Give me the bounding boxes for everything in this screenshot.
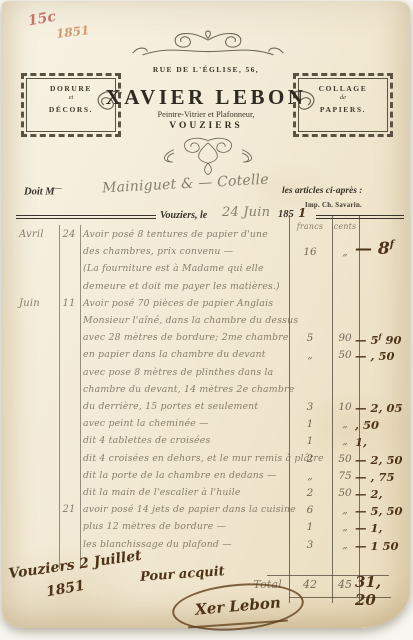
entry-description: les blanchissage du plafond — bbox=[83, 539, 232, 550]
entry-ink-amount: , 50 bbox=[355, 418, 379, 432]
total-ink-amount: 31, 20 bbox=[355, 573, 400, 609]
entry-description: plus 12 mètres de bordure — bbox=[83, 521, 226, 532]
entry-cents: 50 bbox=[333, 487, 357, 499]
business-name: XAVIER LEBON bbox=[2, 85, 410, 110]
entry-ink-amount: — 1 50 bbox=[355, 539, 399, 553]
entry-francs: 16 bbox=[291, 246, 329, 258]
entry-francs: „ bbox=[291, 470, 329, 482]
entry-month: Avril bbox=[19, 229, 44, 240]
dateline-handwritten-day: 24 Juin bbox=[222, 205, 270, 220]
entry-month: Juin bbox=[19, 298, 40, 309]
dateline-rule-left bbox=[16, 215, 156, 219]
table-row: des chambres, prix convenu —16„— 8f bbox=[17, 246, 400, 263]
entry-francs: 1 bbox=[291, 521, 329, 533]
entry-cents: „ bbox=[333, 521, 357, 533]
dateline-city: Vouziers, le bbox=[160, 210, 207, 221]
entry-francs: 2 bbox=[291, 487, 329, 499]
top-flourish-ornament bbox=[120, 27, 296, 63]
entry-cents: „ bbox=[333, 435, 357, 447]
entry-description: Avoir posé 70 pièces de papier Anglais bbox=[83, 298, 273, 309]
entry-francs: 1 bbox=[291, 435, 329, 447]
table-row: Avril24Avoir posé 8 tentures de papier d… bbox=[17, 229, 400, 246]
entry-cents: 10 bbox=[333, 401, 357, 413]
total-rule-below bbox=[289, 597, 391, 598]
table-row: dit 4 croisées en dehors, et le mur remi… bbox=[17, 453, 400, 470]
entry-ink-amount: — 1, bbox=[355, 521, 383, 535]
entry-ink-amount: — , 75 bbox=[355, 470, 395, 484]
table-row: demeure et doit me payer les matières.) bbox=[17, 281, 400, 298]
table-row: chambre du devant, 14 mètres 2e chambre bbox=[17, 384, 400, 401]
entry-description: des chambres, prix convenu — bbox=[83, 246, 233, 257]
entry-description: en papier dans la chambre du devant bbox=[83, 349, 266, 360]
entry-francs: „ bbox=[291, 349, 329, 361]
entry-ink-amount: — 5, 50 bbox=[355, 504, 403, 518]
entry-description: avec peint la cheminée — bbox=[83, 418, 209, 429]
entry-francs: 3 bbox=[291, 539, 329, 551]
dateline-rule-right bbox=[316, 215, 404, 219]
total-cents: 45 bbox=[333, 578, 357, 591]
entry-description: avec 28 mètres de bordure; 2me chambre bbox=[83, 332, 289, 343]
pencil-year-note: 1851 bbox=[55, 23, 90, 41]
table-row: avec pose 8 mètres de plinthes dans la bbox=[17, 367, 400, 384]
printer-credit: Imp. Ch. Savarin. bbox=[305, 202, 362, 209]
client-name-handwritten: Mainiguet & — Cotelle bbox=[102, 172, 269, 197]
entry-ink-amount: — 5f 90 bbox=[355, 332, 402, 347]
articles-label: les articles ci-après : bbox=[282, 186, 362, 196]
entry-ink-amount: — , 50 bbox=[355, 349, 395, 363]
table-row: dit la porte de la chambre en dedans —„7… bbox=[17, 470, 400, 487]
entry-cents: 50 bbox=[333, 349, 357, 361]
table-row: (La fourniture est à Madame qui elle bbox=[17, 263, 400, 280]
entry-ink-amount: — 2, 50 bbox=[355, 453, 403, 467]
entry-cents: „ bbox=[333, 539, 357, 551]
entries-table: francs cents Avril24Avoir posé 8 tenture… bbox=[17, 225, 400, 603]
table-row: dit 4 tablettes de croisées1„1, bbox=[17, 435, 400, 452]
entry-description: dit 4 tablettes de croisées bbox=[83, 435, 210, 446]
entry-day: 11 bbox=[59, 298, 79, 309]
table-row: Juin11Avoir posé 70 pièces de papier Ang… bbox=[17, 298, 400, 315]
entry-day: 24 bbox=[59, 229, 79, 240]
table-row: du derrière, 15 portes et seulement310— … bbox=[17, 401, 400, 418]
total-francs: 42 bbox=[291, 578, 329, 591]
dateline-printed-year: 185 bbox=[278, 209, 294, 220]
entry-ink-amount: — 2, 05 bbox=[355, 401, 403, 415]
photo-background: 15c 1851 RUE DE L'ÉGLISE, 56, DORURE et … bbox=[0, 0, 413, 640]
entry-francs: 3 bbox=[291, 401, 329, 413]
entry-francs: 5 bbox=[291, 332, 329, 344]
entry-cents: „ bbox=[333, 418, 357, 430]
entry-cents: 90 bbox=[333, 332, 357, 344]
entry-description: dit la porte de la chambre en dedans — bbox=[83, 470, 277, 481]
entry-cents: 50 bbox=[333, 453, 357, 465]
entry-cents: 75 bbox=[333, 470, 357, 482]
entry-description: avoir posé 14 jets de papier dans la cui… bbox=[83, 504, 296, 515]
entry-cents: „ bbox=[333, 504, 357, 516]
entry-cents: „ bbox=[333, 246, 357, 258]
invoice-paper: 15c 1851 RUE DE L'ÉGLISE, 56, DORURE et … bbox=[2, 1, 410, 628]
entry-description: Monsieur l'aîné, dans la chambre du dess… bbox=[83, 315, 298, 326]
entry-description: du derrière, 15 portes et seulement bbox=[83, 401, 258, 412]
entry-ink-amount: 1, bbox=[355, 435, 367, 449]
table-row: dit la main de l'escalier à l'huile250— … bbox=[17, 487, 400, 504]
table-row: avec 28 mètres de bordure; 2me chambre59… bbox=[17, 332, 400, 349]
entry-description: chambre du devant, 14 mètres 2e chambre bbox=[83, 384, 294, 395]
table-row: en papier dans la chambre du devant„50— … bbox=[17, 349, 400, 366]
entry-description: Avoir posé 8 tentures de papier d'une bbox=[83, 229, 268, 240]
profession-line: Peintre-Vitrier et Plafonneur, bbox=[2, 110, 410, 119]
entry-description: dit 4 croisées en dehors, et le mur remi… bbox=[83, 453, 324, 464]
entry-ink-amount: — 8f bbox=[355, 239, 394, 259]
entry-description: avec pose 8 mètres de plinthes dans la bbox=[83, 367, 273, 378]
entry-day: 21 bbox=[59, 504, 79, 515]
table-row: les blanchissage du plafond —3„— 1 50 bbox=[17, 539, 400, 556]
entry-francs: 2 bbox=[291, 453, 329, 465]
entry-francs: 6 bbox=[291, 504, 329, 516]
entry-description: dit la main de l'escalier à l'huile bbox=[83, 487, 241, 498]
entry-ink-amount: — 2, bbox=[355, 487, 383, 501]
entry-francs: 1 bbox=[291, 418, 329, 430]
doit-label: Doit M— bbox=[24, 184, 62, 198]
entry-description: demeure et doit me payer les matières.) bbox=[83, 281, 280, 292]
table-row: plus 12 mètres de bordure —1„— 1, bbox=[17, 521, 400, 538]
doit-superscript: — bbox=[55, 184, 62, 192]
table-row: Monsieur l'aîné, dans la chambre du dess… bbox=[17, 315, 400, 332]
dateline-year-digit: 1 bbox=[298, 206, 306, 220]
pencil-price-note: 15c bbox=[27, 9, 57, 30]
entry-description: (La fourniture est à Madame qui elle bbox=[83, 263, 264, 274]
table-row: 21avoir posé 14 jets de papier dans la c… bbox=[17, 504, 400, 521]
doit-text: Doit M bbox=[24, 187, 55, 198]
table-row: avec peint la cheminée —1„, 50 bbox=[17, 418, 400, 435]
table-rows: Avril24Avoir posé 8 tentures de papier d… bbox=[17, 225, 400, 603]
city-name: VOUZIERS bbox=[2, 121, 410, 131]
